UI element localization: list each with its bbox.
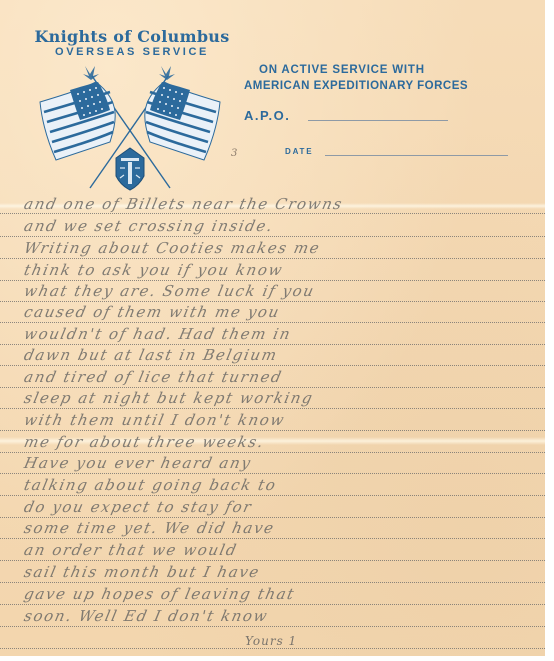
crossed-flags-emblem-icon xyxy=(30,62,230,192)
date-field xyxy=(325,155,508,156)
handwritten-line: talking about going back to xyxy=(22,476,546,496)
handwritten-line: what they are. Some luck if you xyxy=(22,282,546,302)
handwritten-line: and we set crossing inside. xyxy=(22,217,546,237)
handwritten-line: sail this month but I have xyxy=(22,563,546,583)
letterhead-subtitle: OVERSEAS SERVICE xyxy=(22,46,242,58)
letterhead-service-line-1: ON ACTIVE SERVICE WITH xyxy=(259,64,425,76)
handwritten-line: do you expect to stay for xyxy=(22,498,546,518)
handwritten-line: an order that we would xyxy=(22,541,546,561)
handwritten-line: me for about three weeks. xyxy=(22,433,546,453)
kofc-shield-icon xyxy=(116,148,144,190)
handwritten-line: caused of them with me you xyxy=(22,303,546,323)
apo-label: A.P.O. xyxy=(244,108,290,123)
handwritten-line: dawn but at last in Belgium xyxy=(22,346,546,366)
handwritten-line: with them until I don't know xyxy=(22,411,546,431)
handwritten-line: sleep at night but kept working xyxy=(22,389,546,409)
date-label: DATE xyxy=(285,147,313,156)
letterhead-organization: Knights of Columbus xyxy=(22,27,242,46)
handwritten-line: soon. Well Ed I don't know xyxy=(22,607,546,627)
handwritten-line: Writing about Cooties makes me xyxy=(22,239,546,259)
letter-signoff: Yours 1 xyxy=(245,634,297,648)
handwritten-line: and tired of lice that turned xyxy=(22,368,546,388)
handwritten-line: gave up hopes of leaving that xyxy=(22,585,546,605)
handwritten-line: think to ask you if you know xyxy=(22,261,546,281)
ruled-line xyxy=(0,648,545,649)
page-number-mark: 3 xyxy=(231,148,237,159)
handwritten-line: and one of Billets near the Crowns xyxy=(22,195,546,215)
handwritten-line: some time yet. We did have xyxy=(22,519,546,539)
handwritten-line: wouldn't of had. Had them in xyxy=(22,325,546,345)
handwritten-line: Have you ever heard any xyxy=(22,454,546,474)
letterhead-service-line-2: AMERICAN EXPEDITIONARY FORCES xyxy=(244,80,468,92)
letter-paper: Knights of Columbus OVERSEAS SERVICE xyxy=(0,0,545,656)
apo-field xyxy=(308,120,448,121)
